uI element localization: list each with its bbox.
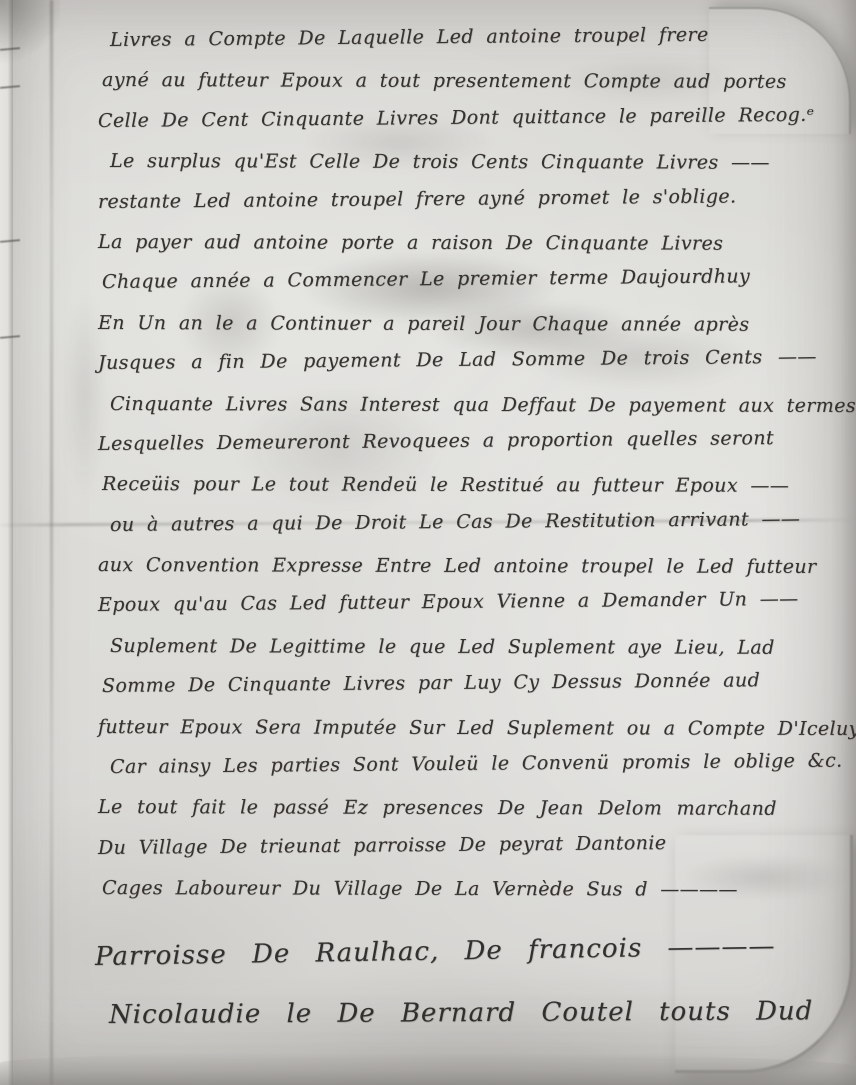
- manuscript-line: ou à autres a qui De Droit Le Cas De Res…: [110, 498, 828, 545]
- manuscript-closing-text: Parroisse De Raulhac, De francois ———— N…: [95, 928, 828, 1044]
- manuscript-closing-line: Parroisse De Raulhac, De francois ————: [95, 916, 829, 986]
- manuscript-line: Chaque année a Commencer Le premier term…: [102, 256, 828, 303]
- manuscript-line: Jusques a fin De payement De Lad Somme D…: [98, 337, 828, 384]
- manuscript-line: Livres a Compte De Laquelle Led antoine …: [110, 14, 828, 61]
- manuscript-line: Celle De Cent Cinquante Livres Dont quit…: [98, 94, 828, 141]
- manuscript-line: Cages Laboureur Du Village De La Vernède…: [102, 868, 828, 910]
- manuscript-closing-line: Nicolaudie le De Bernard Coutel touts Du…: [109, 982, 828, 1044]
- left-vertical-crease: [50, 0, 53, 1085]
- binding-edge-strip: [0, 0, 13, 1085]
- manuscript-line: Lesquelles Demeureront Revoquees a propo…: [98, 418, 828, 465]
- manuscript-line: Car ainsy Les parties Sont Vouleü le Con…: [110, 741, 828, 788]
- manuscript-line: Du Village De trieunat parroisse De peyr…: [98, 821, 828, 868]
- manuscript-line: restante Led antoine troupel frere ayné …: [98, 175, 828, 222]
- bottom-page-edge: [0, 1053, 856, 1085]
- manuscript-body-text: Livres a Compte De Laquelle Led antoine …: [98, 20, 828, 909]
- manuscript-line: Somme De Cinquante Livres par Luy Cy Des…: [102, 660, 828, 707]
- manuscript-page: Livres a Compte De Laquelle Led antoine …: [0, 0, 856, 1085]
- manuscript-line: Epoux qu'au Cas Led futteur Epoux Vienne…: [98, 579, 828, 626]
